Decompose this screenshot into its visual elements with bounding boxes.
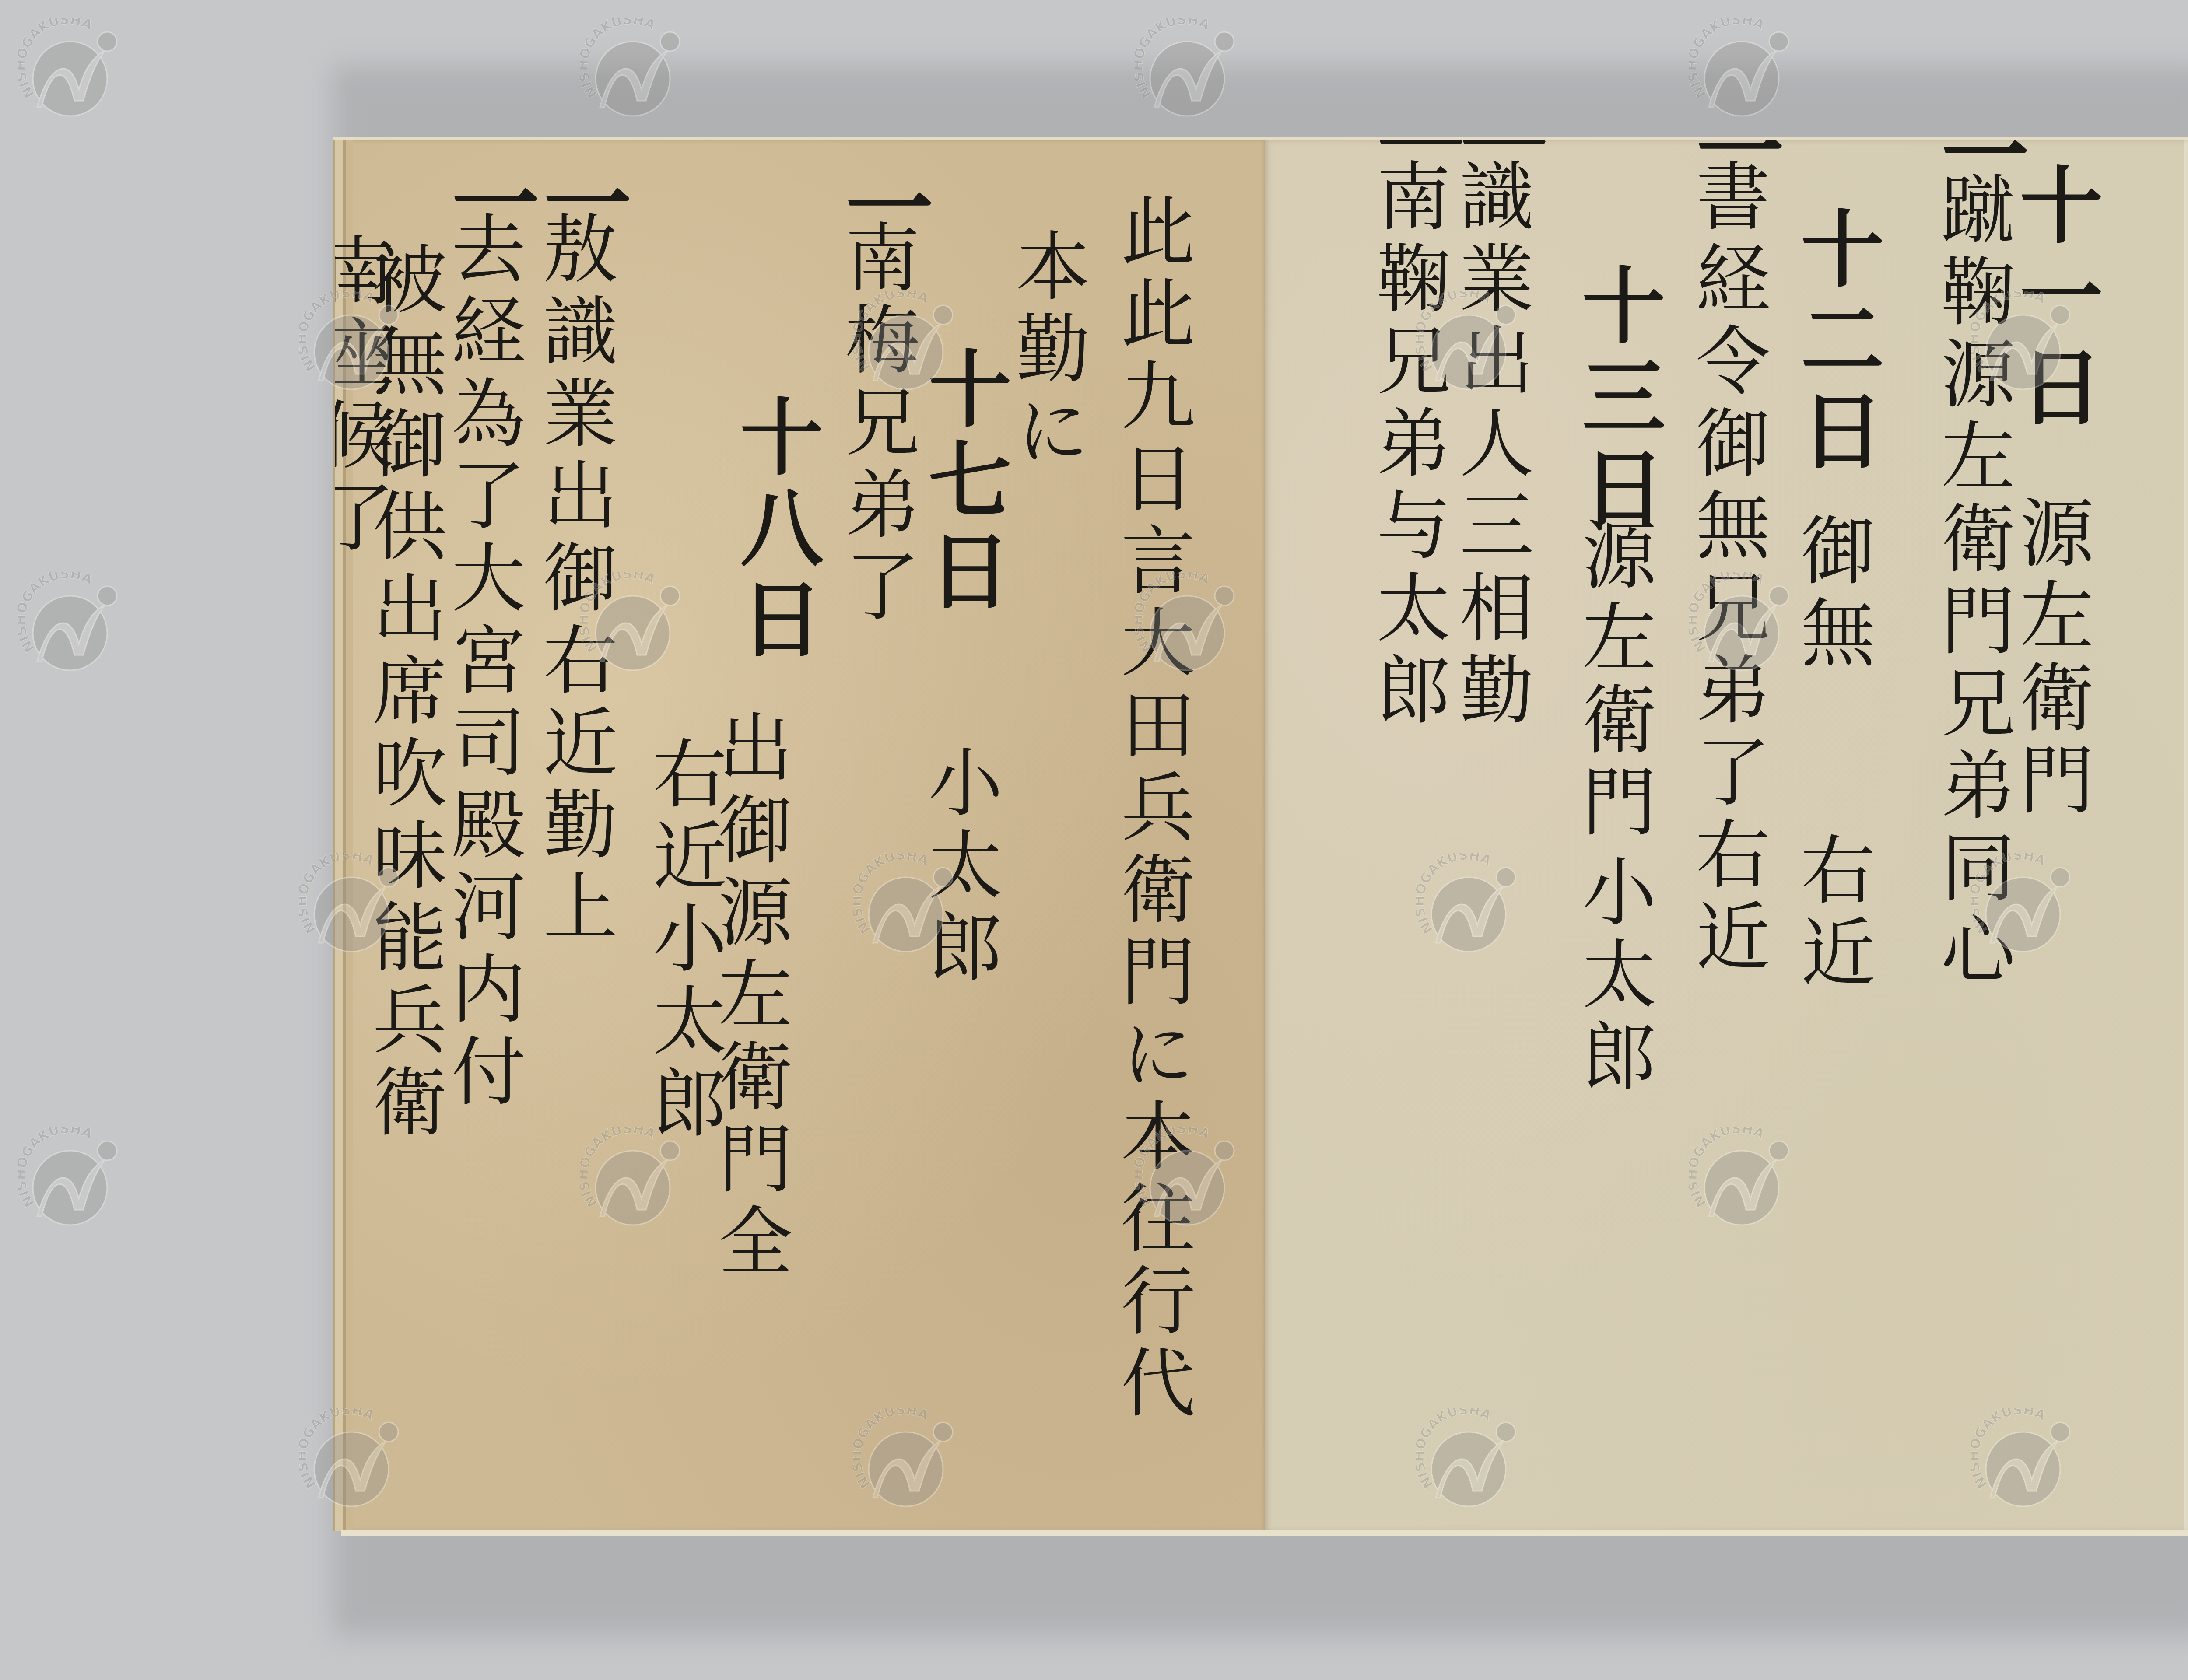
svg-text:NISHOGAKUSHA: NISHOGAKUSHA <box>18 17 95 101</box>
date-heading: 十八日 <box>733 394 817 667</box>
manuscript-column: 南梅兄弟了 <box>838 219 913 630</box>
nishogakusha-logo-icon: NISHOGAKUSHA <box>18 17 127 127</box>
manuscript-column: 南鞠兄弟与太郎 <box>1370 157 1444 733</box>
open-manuscript-book: 此此九日言大田兵衛門に本往行代本勤に十七日小太郎一南梅兄弟了十八日出御源左衛門全… <box>333 140 2188 1531</box>
date-heading: 十三日 <box>1575 262 1659 535</box>
right-page: 十一日源左衛門一蹴鞠源左衛門兄弟同心十二日御無右近一書経令御無兄弟了右近十三日源… <box>1265 140 2188 1531</box>
nishogakusha-logo-icon: NISHOGAKUSHA <box>18 1127 127 1236</box>
svg-text:NISHOGAKUSHA: NISHOGAKUSHA <box>18 1127 95 1210</box>
manuscript-column: 去経為了大宮司殿河内付 <box>445 210 519 1115</box>
manuscript-column: 本勤に <box>1009 227 1083 474</box>
manuscript-column: 敖識業出御右近勤上 <box>536 210 611 950</box>
manuscript-column: 南座候了 <box>333 232 388 561</box>
manuscript-column: 書経令御無兄弟了右近 <box>1689 157 1764 980</box>
left-page: 此此九日言大田兵衛門に本往行代本勤に十七日小太郎一南梅兄弟了十八日出御源左衛門全… <box>333 140 1267 1531</box>
manuscript-column: 識業出人三相勤 <box>1453 157 1527 733</box>
manuscript-column: 右近 <box>1794 831 1869 996</box>
nishogakusha-logo-icon: NISHOGAKUSHA <box>18 572 127 681</box>
svg-text:NISHOGAKUSHA: NISHOGAKUSHA <box>18 572 95 655</box>
manuscript-column: 右近小太郎 <box>646 735 720 1146</box>
manuscript-column: 蹴鞠源左衛門兄弟同心 <box>1934 171 2009 993</box>
manuscript-column: 源左衛門 <box>1575 516 1650 845</box>
manuscript-column: 小太郎 <box>922 744 996 990</box>
manuscript-column: 此此九日言大田兵衛門に本往行代 <box>1114 192 1189 1426</box>
manuscript-column: 源左衛門 <box>2013 494 2087 823</box>
manuscript-column: 御無 <box>1794 512 1869 676</box>
date-heading: 十七日 <box>922 346 1005 619</box>
page-edge-bottom <box>341 1530 2188 1536</box>
date-heading: 十二日 <box>1794 206 1877 479</box>
manuscript-column: 小太郎 <box>1575 853 1650 1100</box>
